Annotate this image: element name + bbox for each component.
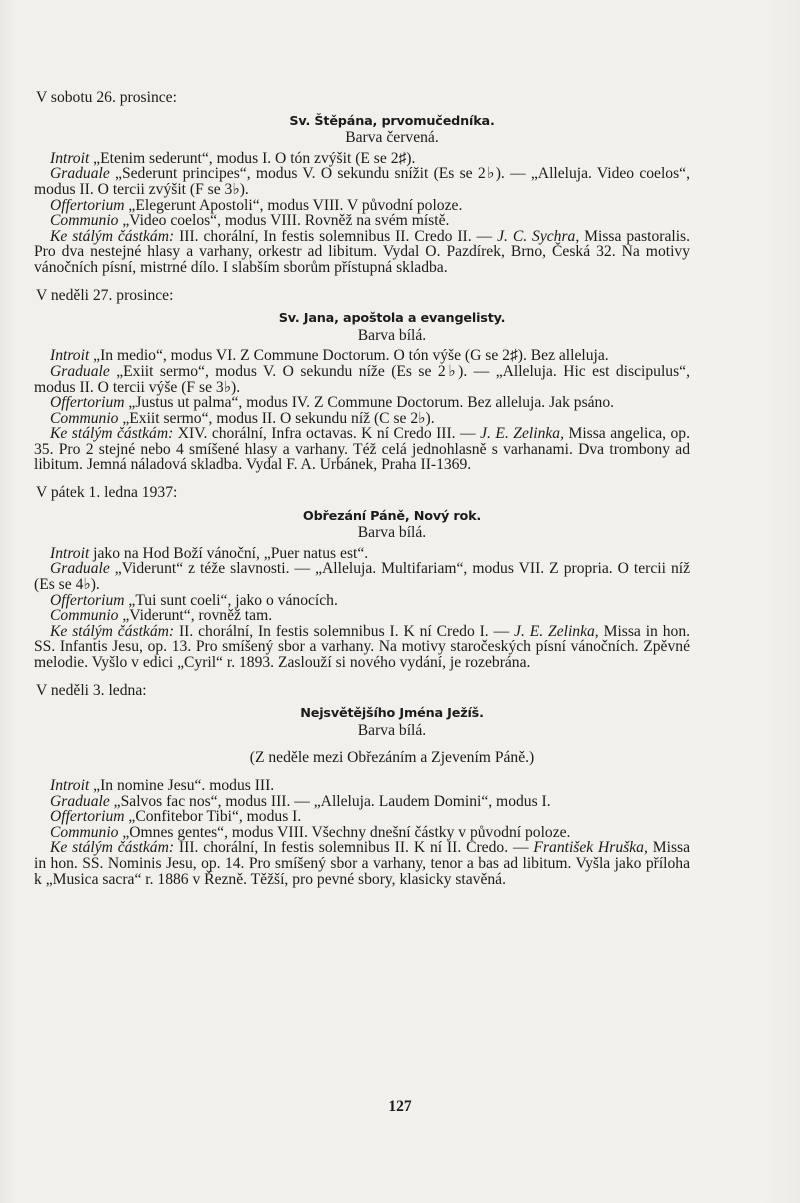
entry-text: XIV. chorální, Infra octavas. K ní Credo… bbox=[173, 425, 480, 442]
entry-label: Graduale bbox=[50, 165, 110, 182]
entry-text: „Confitebor Tibi“, modus I. bbox=[125, 808, 302, 825]
section-gap bbox=[34, 276, 690, 288]
proper-entry: Offertorium „Tui sunt coeli“, jako o ván… bbox=[34, 593, 690, 609]
proper-entry: Offertorium „Elegerunt Apostoli“, modus … bbox=[34, 198, 690, 214]
entry-label: Graduale bbox=[50, 560, 110, 577]
feast-title: Sv. Jana, apoštola a evangelisty. bbox=[94, 311, 690, 327]
proper-entry: Graduale „Exiit sermo“, modus V. O sekun… bbox=[34, 364, 690, 395]
proper-entry: Ke stálým částkám: III. chorální, In fes… bbox=[34, 229, 690, 276]
entry-text: „Sederunt principes“, modus V. O sekundu… bbox=[34, 165, 690, 198]
proper-entry: Communio „Omnes gentes“, modus VIII. Vše… bbox=[34, 825, 690, 841]
proper-entry: Introit „In nomine Jesu“. modus III. bbox=[34, 778, 690, 794]
liturgical-color: Barva bílá. bbox=[94, 723, 690, 739]
page-number: 127 bbox=[0, 1098, 800, 1116]
day-date: V sobotu 26. prosince: bbox=[34, 90, 690, 106]
entry-label: Introit bbox=[50, 545, 89, 562]
proper-entry: Graduale „Viderunt“ z téže slavnosti. — … bbox=[34, 561, 690, 592]
proper-entry: Offertorium „Justus ut palma“, modus IV.… bbox=[34, 395, 690, 411]
text-column: V sobotu 26. prosince:Sv. Štěpána, prvom… bbox=[34, 90, 690, 887]
entry-text: „Salvos fac nos“, modus III. — „Alleluja… bbox=[110, 793, 551, 810]
proper-entry: Introit „Etenim sederunt“, modus I. O tó… bbox=[34, 151, 690, 167]
composer-name: František Hruška, bbox=[533, 839, 647, 856]
proper-entry: Ke stálým částkám: II. chorální, In fest… bbox=[34, 624, 690, 671]
section-note: (Z neděle mezi Obřezáním a Zjevením Páně… bbox=[94, 750, 690, 766]
day-date: V pátek 1. ledna 1937: bbox=[34, 485, 690, 501]
entry-text: jako na Hod Boží vánoční, „Puer natus es… bbox=[89, 545, 368, 562]
entry-text: „Viderunt“ z téže slavnosti. — „Alleluja… bbox=[34, 560, 690, 593]
entry-label: Ke stálým částkám: bbox=[50, 228, 174, 245]
proper-entry: Ke stálým částkám: III. chorální, In fes… bbox=[34, 840, 690, 887]
entry-text: „Justus ut palma“, modus IV. Z Commune D… bbox=[125, 394, 615, 411]
day-date: V neděli 27. prosince: bbox=[34, 288, 690, 304]
proper-entry: Communio „Video coelos“, modus VIII. Rov… bbox=[34, 213, 690, 229]
proper-entry: Graduale „Salvos fac nos“, modus III. — … bbox=[34, 794, 690, 810]
feast-title: Obřezání Páně, Nový rok. bbox=[94, 509, 690, 525]
day-section: V neděli 3. ledna:Nejsvětějšího Jména Je… bbox=[34, 671, 690, 888]
composer-name: J. E. Zelinka, bbox=[480, 425, 564, 442]
entry-text: III. chorální, In festis solemnibus II. … bbox=[174, 228, 497, 245]
entry-text: „Etenim sederunt“, modus I. O tón zvýšit… bbox=[89, 150, 415, 167]
day-section: V sobotu 26. prosince:Sv. Štěpána, prvom… bbox=[34, 90, 690, 276]
entry-label: Introit bbox=[50, 347, 89, 364]
entry-text: II. chorální, In festis solemnibus I. K … bbox=[174, 623, 514, 640]
entry-text: „Video coelos“, modus VIII. Rovněž na sv… bbox=[118, 212, 449, 229]
entry-text: „Exiit sermo“, modus V. O sekundu níže (… bbox=[34, 363, 690, 396]
entry-label: Communio bbox=[50, 212, 118, 229]
feast-title: Nejsvětějšího Jména Ježíš. bbox=[94, 706, 690, 722]
entry-label: Introit bbox=[50, 150, 89, 167]
entry-text: „Elegerunt Apostoli“, modus VIII. V půvo… bbox=[125, 197, 463, 214]
liturgical-color: Barva bílá. bbox=[94, 525, 690, 541]
liturgical-color: Barva bílá. bbox=[94, 328, 690, 344]
entry-label: Communio bbox=[50, 824, 118, 841]
proper-entry: Communio „Exiit sermo“, modus II. O seku… bbox=[34, 411, 690, 427]
liturgical-color: Barva červená. bbox=[94, 130, 690, 146]
entry-label: Offertorium bbox=[50, 808, 125, 825]
proper-entry: Offertorium „Confitebor Tibi“, modus I. bbox=[34, 809, 690, 825]
book-page: V sobotu 26. prosince:Sv. Štěpána, prvom… bbox=[0, 0, 800, 1203]
entry-text: „In nomine Jesu“. modus III. bbox=[89, 777, 274, 794]
entry-label: Offertorium bbox=[50, 592, 125, 609]
entry-label: Offertorium bbox=[50, 197, 125, 214]
entry-label: Ke stálým částkám: bbox=[50, 839, 174, 856]
day-section: V neděli 27. prosince:Sv. Jana, apoštola… bbox=[34, 276, 690, 474]
proper-entry: Introit „In medio“, modus VI. Z Commune … bbox=[34, 348, 690, 364]
proper-entry: Graduale „Sederunt principes“, modus V. … bbox=[34, 166, 690, 197]
composer-name: J. E. Zelinka, bbox=[514, 623, 599, 640]
proper-entry: Ke stálým částkám: XIV. chorální, Infra … bbox=[34, 426, 690, 473]
section-gap bbox=[34, 671, 690, 683]
entry-text: „In medio“, modus VI. Z Commune Doctorum… bbox=[89, 347, 608, 364]
composer-name: J. C. Sychra, bbox=[497, 228, 579, 245]
entry-label: Communio bbox=[50, 410, 118, 427]
entry-label: Offertorium bbox=[50, 394, 125, 411]
entry-text: „Omnes gentes“, modus VIII. Všechny dneš… bbox=[118, 824, 570, 841]
entry-label: Introit bbox=[50, 777, 89, 794]
proper-entry: Communio „Viderunt“, rovněž tam. bbox=[34, 608, 690, 624]
feast-title: Sv. Štěpána, prvomučedníka. bbox=[94, 114, 690, 130]
proper-entry: Introit jako na Hod Boží vánoční, „Puer … bbox=[34, 546, 690, 562]
day-date: V neděli 3. ledna: bbox=[34, 683, 690, 699]
entry-label: Graduale bbox=[50, 363, 110, 380]
entry-label: Ke stálým částkám: bbox=[50, 425, 173, 442]
entry-label: Graduale bbox=[50, 793, 110, 810]
entry-text: „Tui sunt coeli“, jako o vánocích. bbox=[125, 592, 338, 609]
entry-label: Ke stálým částkám: bbox=[50, 623, 174, 640]
entry-text: „Exiit sermo“, modus II. O sekundu níž (… bbox=[118, 410, 434, 427]
entry-text: III. chorální, In festis solemnibus II. … bbox=[174, 839, 533, 856]
entry-text: „Viderunt“, rovněž tam. bbox=[118, 607, 272, 624]
entry-label: Communio bbox=[50, 607, 118, 624]
day-section: V pátek 1. ledna 1937:Obřezání Páně, Nov… bbox=[34, 473, 690, 671]
